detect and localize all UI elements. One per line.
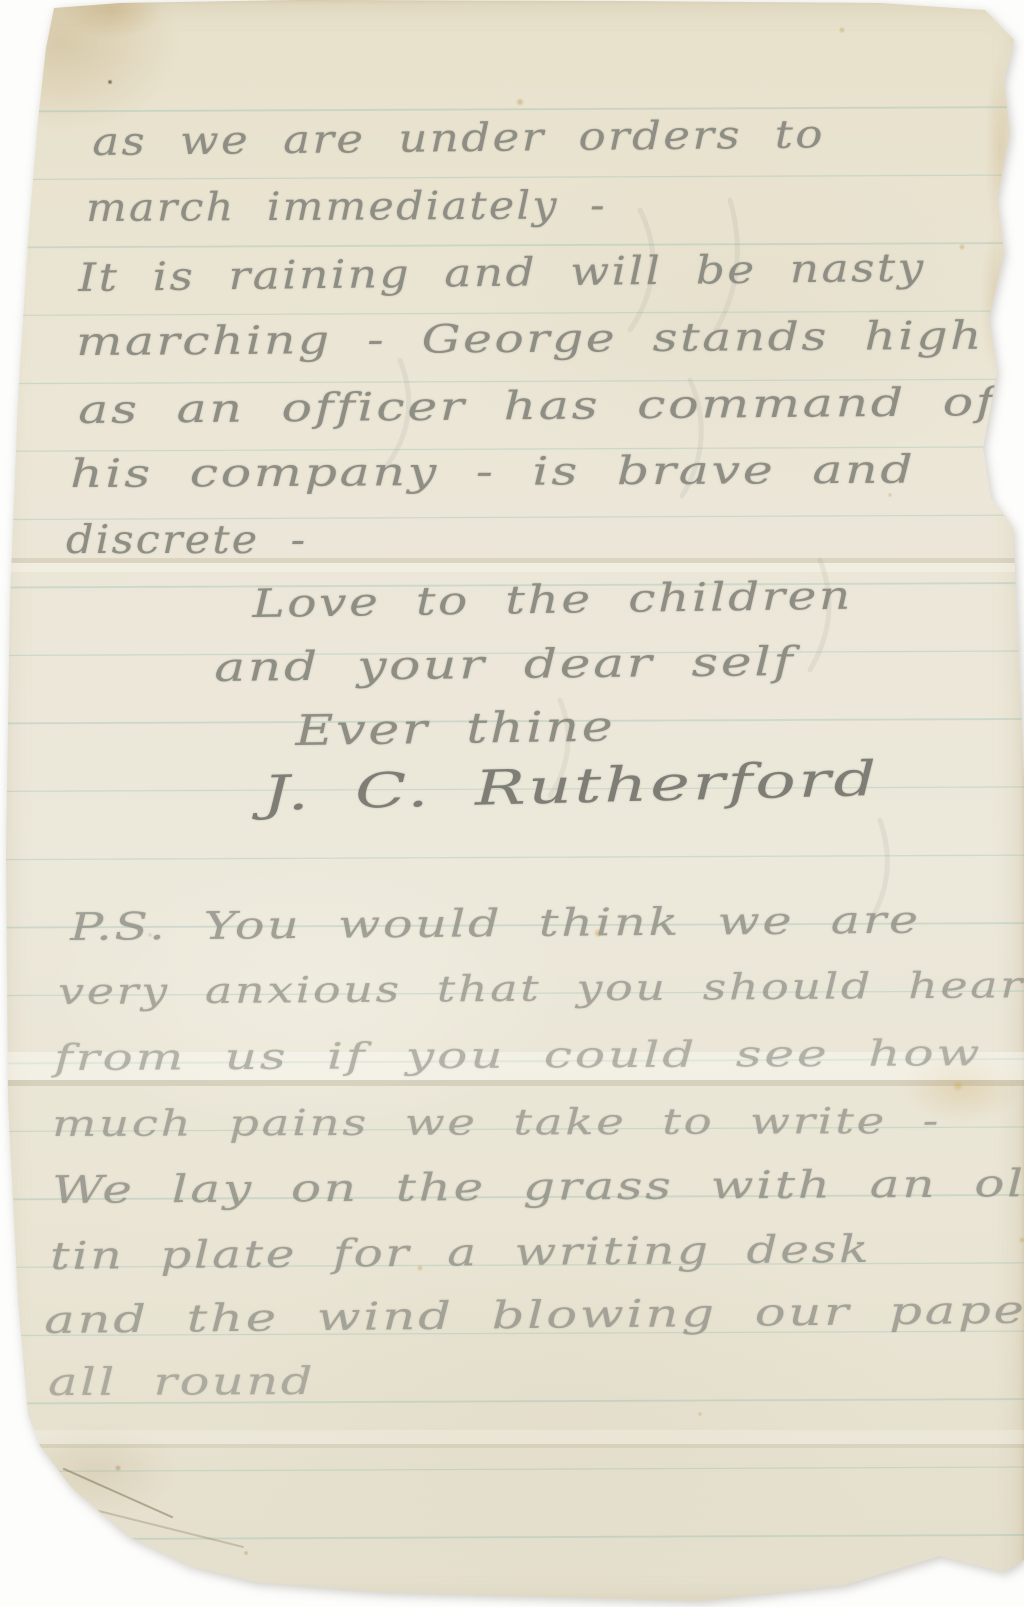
handwritten-line: Ever thine [295, 702, 616, 755]
handwritten-line: and the wind blowing our papers [44, 1287, 1024, 1342]
paper-shadow-wrap: as we are under orders to march immediat… [0, 0, 1024, 1607]
handwritten-line: and your dear self [214, 639, 796, 691]
corner-fold-crease [63, 1468, 173, 1519]
handwritten-line: discrete - [66, 518, 307, 563]
handwritten-line: his company - is brave and [70, 448, 916, 497]
handwritten-line: as an officer has command of [78, 380, 997, 433]
handwritten-line: We lay on the grass with an old [52, 1161, 1024, 1212]
scanned-letter-page: as we are under orders to march immediat… [0, 0, 1024, 1607]
corner-fold-crease [98, 1510, 244, 1548]
handwritten-line: as we are under orders to [92, 112, 825, 165]
handwritten-line: very anxious that you should hear [58, 965, 1024, 1013]
handwritten-line: P.S. You would think we are [70, 898, 921, 949]
handwritten-line: march immediately - [86, 183, 607, 231]
letter-paper: as we are under orders to march immediat… [0, 0, 1024, 1607]
handwritten-line: marching - George stands high [76, 314, 984, 365]
handwritten-line: tin plate for a writing desk [50, 1227, 871, 1278]
handwritten-line: much pains we take to write - [52, 1101, 941, 1145]
handwritten-line: It is raining and will be nasty [78, 246, 926, 301]
handwritten-line: all round [48, 1359, 315, 1404]
handwritten-line: Love to the children [252, 574, 853, 627]
handwritten-line: from us if you could see how [54, 1033, 982, 1079]
signature: J. C. Rutherford [262, 751, 880, 822]
